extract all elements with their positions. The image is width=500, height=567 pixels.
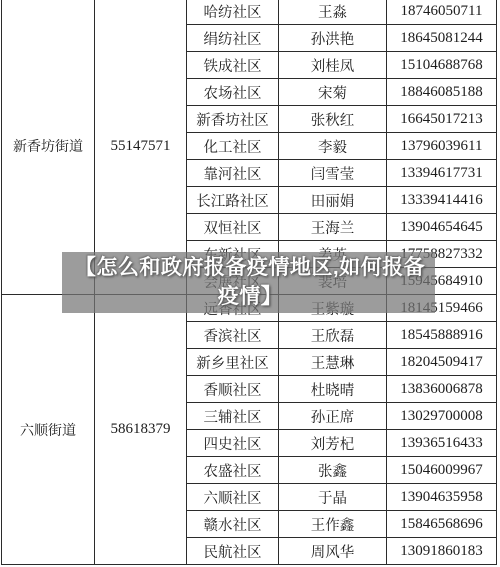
phone-number-cell: 13394617731 (387, 160, 497, 187)
phone-number-cell: 13339414416 (387, 187, 497, 214)
community-cell: 哈纺社区 (187, 0, 279, 25)
phone-number-cell: 13936516433 (387, 430, 497, 457)
contact-name-cell: 刘桂凤 (279, 52, 387, 79)
community-cell: 靠河社区 (187, 160, 279, 187)
contact-name-cell: 周风华 (279, 538, 387, 565)
phone-number-cell: 13904635958 (387, 484, 497, 511)
contact-name-cell: 刘芳杞 (279, 430, 387, 457)
phone-number-cell: 13796039611 (387, 133, 497, 160)
contact-name-cell: 王淼 (279, 0, 387, 25)
contact-name-cell: 王欣磊 (279, 322, 387, 349)
phone-number-cell: 13029700008 (387, 403, 497, 430)
contact-name-cell: 于晶 (279, 484, 387, 511)
street-phone-cell: 58618379 (95, 295, 187, 565)
community-cell: 赣水社区 (187, 511, 279, 538)
phone-number-cell: 15846568696 (387, 511, 497, 538)
contact-name-cell: 杜晓晴 (279, 376, 387, 403)
contact-name-cell: 宋菊 (279, 79, 387, 106)
watermark-caption-line2: 疫情】 (0, 282, 500, 311)
watermark-caption-line1: 【怎么和政府报备疫情地区,如何报备 (0, 253, 500, 282)
contact-name-cell: 孙洪艳 (279, 25, 387, 52)
contact-name-cell: 孙正席 (279, 403, 387, 430)
phone-number-cell: 15104688768 (387, 52, 497, 79)
phone-number-cell: 13091860183 (387, 538, 497, 565)
phone-number-cell: 13836006878 (387, 376, 497, 403)
community-cell: 绢纺社区 (187, 25, 279, 52)
contact-name-cell: 王慧琳 (279, 349, 387, 376)
community-cell: 铁成社区 (187, 52, 279, 79)
community-cell: 新香坊社区 (187, 106, 279, 133)
contact-name-cell: 王作鑫 (279, 511, 387, 538)
street-name-cell: 新香坊街道 (2, 0, 95, 295)
screenshot-root: 新香坊街道55147571哈纺社区王淼18746050711绢纺社区孙洪艳186… (0, 0, 500, 567)
community-cell: 新乡里社区 (187, 349, 279, 376)
contact-name-cell: 王海兰 (279, 214, 387, 241)
street-name-cell: 六顺街道 (2, 295, 95, 565)
phone-number-cell: 18545888916 (387, 322, 497, 349)
phone-number-cell: 15046009967 (387, 457, 497, 484)
phone-number-cell: 18645081244 (387, 25, 497, 52)
community-cell: 四史社区 (187, 430, 279, 457)
community-cell: 长江路社区 (187, 187, 279, 214)
community-cell: 香滨社区 (187, 322, 279, 349)
community-cell: 六顺社区 (187, 484, 279, 511)
community-cell: 农场社区 (187, 79, 279, 106)
community-cell: 香顺社区 (187, 376, 279, 403)
community-cell: 化工社区 (187, 133, 279, 160)
phone-number-cell: 18746050711 (387, 0, 497, 25)
community-cell: 双恒社区 (187, 214, 279, 241)
contact-name-cell: 张秋红 (279, 106, 387, 133)
community-cell: 三辅社区 (187, 403, 279, 430)
phone-number-cell: 16645017213 (387, 106, 497, 133)
contact-name-cell: 闫雪莹 (279, 160, 387, 187)
contact-name-cell: 田丽娟 (279, 187, 387, 214)
table-row: 新香坊街道55147571哈纺社区王淼18746050711 (2, 0, 497, 25)
community-cell: 农盛社区 (187, 457, 279, 484)
contact-name-cell: 张鑫 (279, 457, 387, 484)
contact-name-cell: 李毅 (279, 133, 387, 160)
watermark-caption: 【怎么和政府报备疫情地区,如何报备 疫情】 (0, 253, 500, 311)
community-cell: 民航社区 (187, 538, 279, 565)
phone-number-cell: 13904654645 (387, 214, 497, 241)
phone-number-cell: 18846085188 (387, 79, 497, 106)
street-phone-cell: 55147571 (95, 0, 187, 295)
phone-number-cell: 18204509417 (387, 349, 497, 376)
